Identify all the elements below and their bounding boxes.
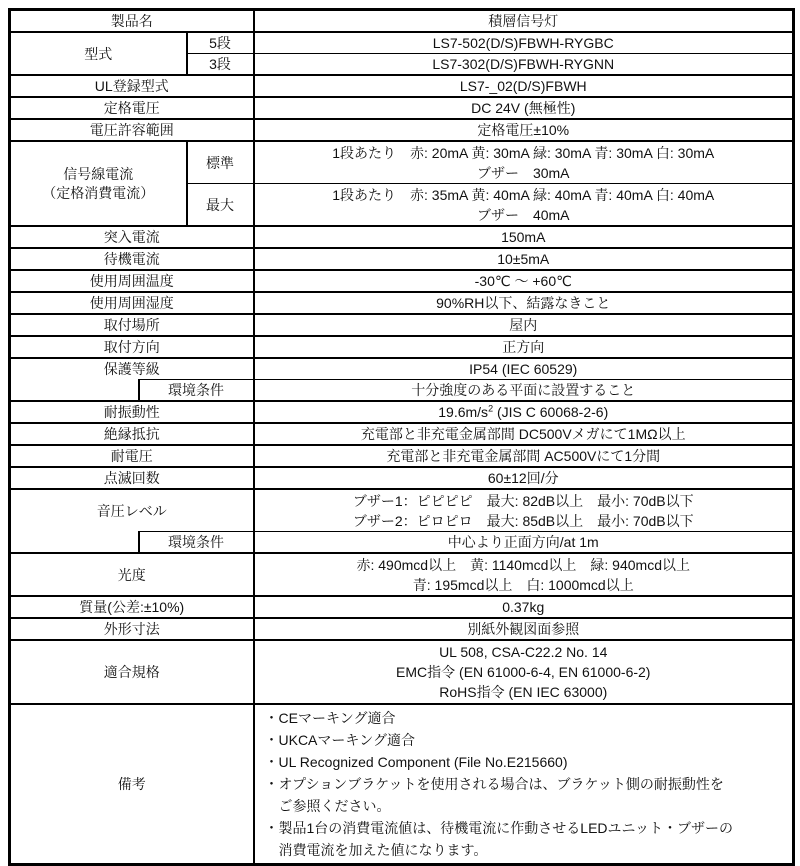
value-mount-direction: 正方向 bbox=[254, 336, 794, 358]
value-model-3dan: LS7-302(D/S)FBWH-RYGNN bbox=[254, 54, 794, 76]
value-inrush-current: 150mA bbox=[254, 226, 794, 248]
remark-item: ・CEマーキング適合 bbox=[265, 707, 787, 729]
label-signal-current-line1: 信号線電流 bbox=[15, 165, 182, 184]
value-sound-level-line1: ブザー1：ピピピピ 最大: 82dB以上 最小: 70dB以下 bbox=[259, 491, 789, 511]
spec-sheet: 製品名 積層信号灯 型式 5段 LS7-502(D/S)FBWH-RYGBC 3… bbox=[8, 8, 795, 866]
label-voltage-range: 電圧許容範囲 bbox=[10, 119, 254, 141]
label-rated-voltage: 定格電圧 bbox=[10, 97, 254, 119]
value-sound-level-line2: ブザー2：ピロピロ 最大: 85dB以上 最小: 70dB以下 bbox=[259, 511, 789, 531]
label-vibration: 耐振動性 bbox=[10, 401, 254, 423]
value-standard-line1: 1段あたり 赤: 20mA 黄: 30mA 緑: 30mA 青: 30mA 白:… bbox=[259, 143, 789, 163]
value-vibration: 19.6m/s2 (JIS C 60068-2-6) bbox=[254, 401, 794, 423]
remark-item-continuation: 消費電流を加えた値になります。 bbox=[265, 839, 787, 861]
value-blink-rate: 60±12回/分 bbox=[254, 467, 794, 489]
value-luminosity-line1: 赤: 490mcd以上 黄: 1140mcd以上 緑: 940mcd以上 bbox=[259, 555, 789, 575]
label-luminosity: 光度 bbox=[10, 553, 254, 596]
label-signal-current-line2: （定格消費電流） bbox=[15, 184, 182, 203]
label-blink-rate: 点滅回数 bbox=[10, 467, 254, 489]
label-remarks: 備考 bbox=[10, 704, 254, 865]
remark-item: ・製品1台の消費電流値は、待機電流に作動させるLEDユニット・ブザーの bbox=[265, 817, 787, 839]
sublabel-env-condition-1: 環境条件 bbox=[139, 380, 254, 402]
value-product-name: 積層信号灯 bbox=[254, 10, 794, 33]
label-signal-current: 信号線電流 （定格消費電流） bbox=[10, 141, 187, 226]
remark-item: ・UL Recognized Component (File No.E21566… bbox=[265, 751, 787, 773]
value-max-line1: 1段あたり 赤: 35mA 黄: 40mA 緑: 40mA 青: 40mA 白:… bbox=[259, 185, 789, 205]
vibration-standard-ref: (JIS C 60068-2-6) bbox=[493, 404, 608, 420]
value-ambient-humidity: 90%RH以下、結露なきこと bbox=[254, 292, 794, 314]
label-mass: 質量(公差:±10%) bbox=[10, 596, 254, 618]
value-standard-line2: ブザー 30mA bbox=[259, 163, 789, 183]
label-sound-level: 音圧レベル bbox=[10, 489, 254, 532]
empty-cell bbox=[10, 532, 139, 554]
value-ambient-temp: -30℃ ～ +60℃ bbox=[254, 270, 794, 292]
label-inrush-current: 突入電流 bbox=[10, 226, 254, 248]
value-max-line2: ブザー 40mA bbox=[259, 205, 789, 225]
label-insulation: 絶縁抵抗 bbox=[10, 423, 254, 445]
sublabel-model-3dan: 3段 bbox=[187, 54, 254, 76]
remark-item-continuation: ご参照ください。 bbox=[265, 795, 787, 817]
value-standards-line3: RoHS指令 (EN IEC 63000) bbox=[259, 682, 789, 702]
value-mass: 0.37kg bbox=[254, 596, 794, 618]
label-ul-model: UL登録型式 bbox=[10, 75, 254, 97]
label-mount-place: 取付場所 bbox=[10, 314, 254, 336]
sublabel-env-condition-2: 環境条件 bbox=[139, 532, 254, 554]
value-standards-line1: UL 508, CSA-C22.2 No. 14 bbox=[259, 642, 789, 662]
label-ambient-humidity: 使用周囲湿度 bbox=[10, 292, 254, 314]
label-withstand-voltage: 耐電圧 bbox=[10, 445, 254, 467]
value-standards-line2: EMC指令 (EN 61000-6-4, EN 61000-6-2) bbox=[259, 662, 789, 682]
value-luminosity: 赤: 490mcd以上 黄: 1140mcd以上 緑: 940mcd以上 青: … bbox=[254, 553, 794, 596]
value-env-condition-1: 十分強度のある平面に設置すること bbox=[254, 380, 794, 402]
sublabel-standard: 標準 bbox=[187, 141, 254, 184]
label-product-name: 製品名 bbox=[10, 10, 254, 33]
value-luminosity-line2: 青: 195mcd以上 白: 1000mcd以上 bbox=[259, 575, 789, 595]
value-ul-model: LS7-_02(D/S)FBWH bbox=[254, 75, 794, 97]
value-withstand-voltage: 充電部と非充電金属部間 AC500Vにて1分間 bbox=[254, 445, 794, 467]
label-ambient-temp: 使用周囲温度 bbox=[10, 270, 254, 292]
value-sound-level: ブザー1：ピピピピ 最大: 82dB以上 最小: 70dB以下 ブザー2：ピロピ… bbox=[254, 489, 794, 532]
value-protection: IP54 (IEC 60529) bbox=[254, 358, 794, 380]
label-dimensions: 外形寸法 bbox=[10, 618, 254, 640]
product-spec-table: 製品名 積層信号灯 型式 5段 LS7-502(D/S)FBWH-RYGBC 3… bbox=[8, 8, 795, 866]
value-standards: UL 508, CSA-C22.2 No. 14 EMC指令 (EN 61000… bbox=[254, 640, 794, 704]
empty-cell bbox=[10, 380, 139, 402]
value-voltage-range: 定格電圧±10% bbox=[254, 119, 794, 141]
value-max: 1段あたり 赤: 35mA 黄: 40mA 緑: 40mA 青: 40mA 白:… bbox=[254, 184, 794, 227]
remark-item: ・オプションブラケットを使用される場合は、ブラケット側の耐振動性を bbox=[265, 773, 787, 795]
sublabel-max: 最大 bbox=[187, 184, 254, 227]
sublabel-model-5dan: 5段 bbox=[187, 32, 254, 54]
label-standards: 適合規格 bbox=[10, 640, 254, 704]
value-standard: 1段あたり 赤: 20mA 黄: 30mA 緑: 30mA 青: 30mA 白:… bbox=[254, 141, 794, 184]
value-insulation: 充電部と非充電金属部間 DC500Vメガにて1MΩ以上 bbox=[254, 423, 794, 445]
value-rated-voltage: DC 24V (無極性) bbox=[254, 97, 794, 119]
value-model-5dan: LS7-502(D/S)FBWH-RYGBC bbox=[254, 32, 794, 54]
label-protection: 保護等級 bbox=[10, 358, 254, 380]
value-mount-place: 屋内 bbox=[254, 314, 794, 336]
label-model: 型式 bbox=[10, 32, 187, 75]
value-env-condition-2: 中心より正面方向/at 1m bbox=[254, 532, 794, 554]
label-standby-current: 待機電流 bbox=[10, 248, 254, 270]
value-dimensions: 別紙外観図面参照 bbox=[254, 618, 794, 640]
vibration-value: 19.6m/s bbox=[438, 404, 488, 420]
value-standby-current: 10±5mA bbox=[254, 248, 794, 270]
label-mount-direction: 取付方向 bbox=[10, 336, 254, 358]
value-remarks: ・CEマーキング適合 ・UKCAマーキング適合 ・UL Recognized C… bbox=[254, 704, 794, 865]
remark-item: ・UKCAマーキング適合 bbox=[265, 729, 787, 751]
